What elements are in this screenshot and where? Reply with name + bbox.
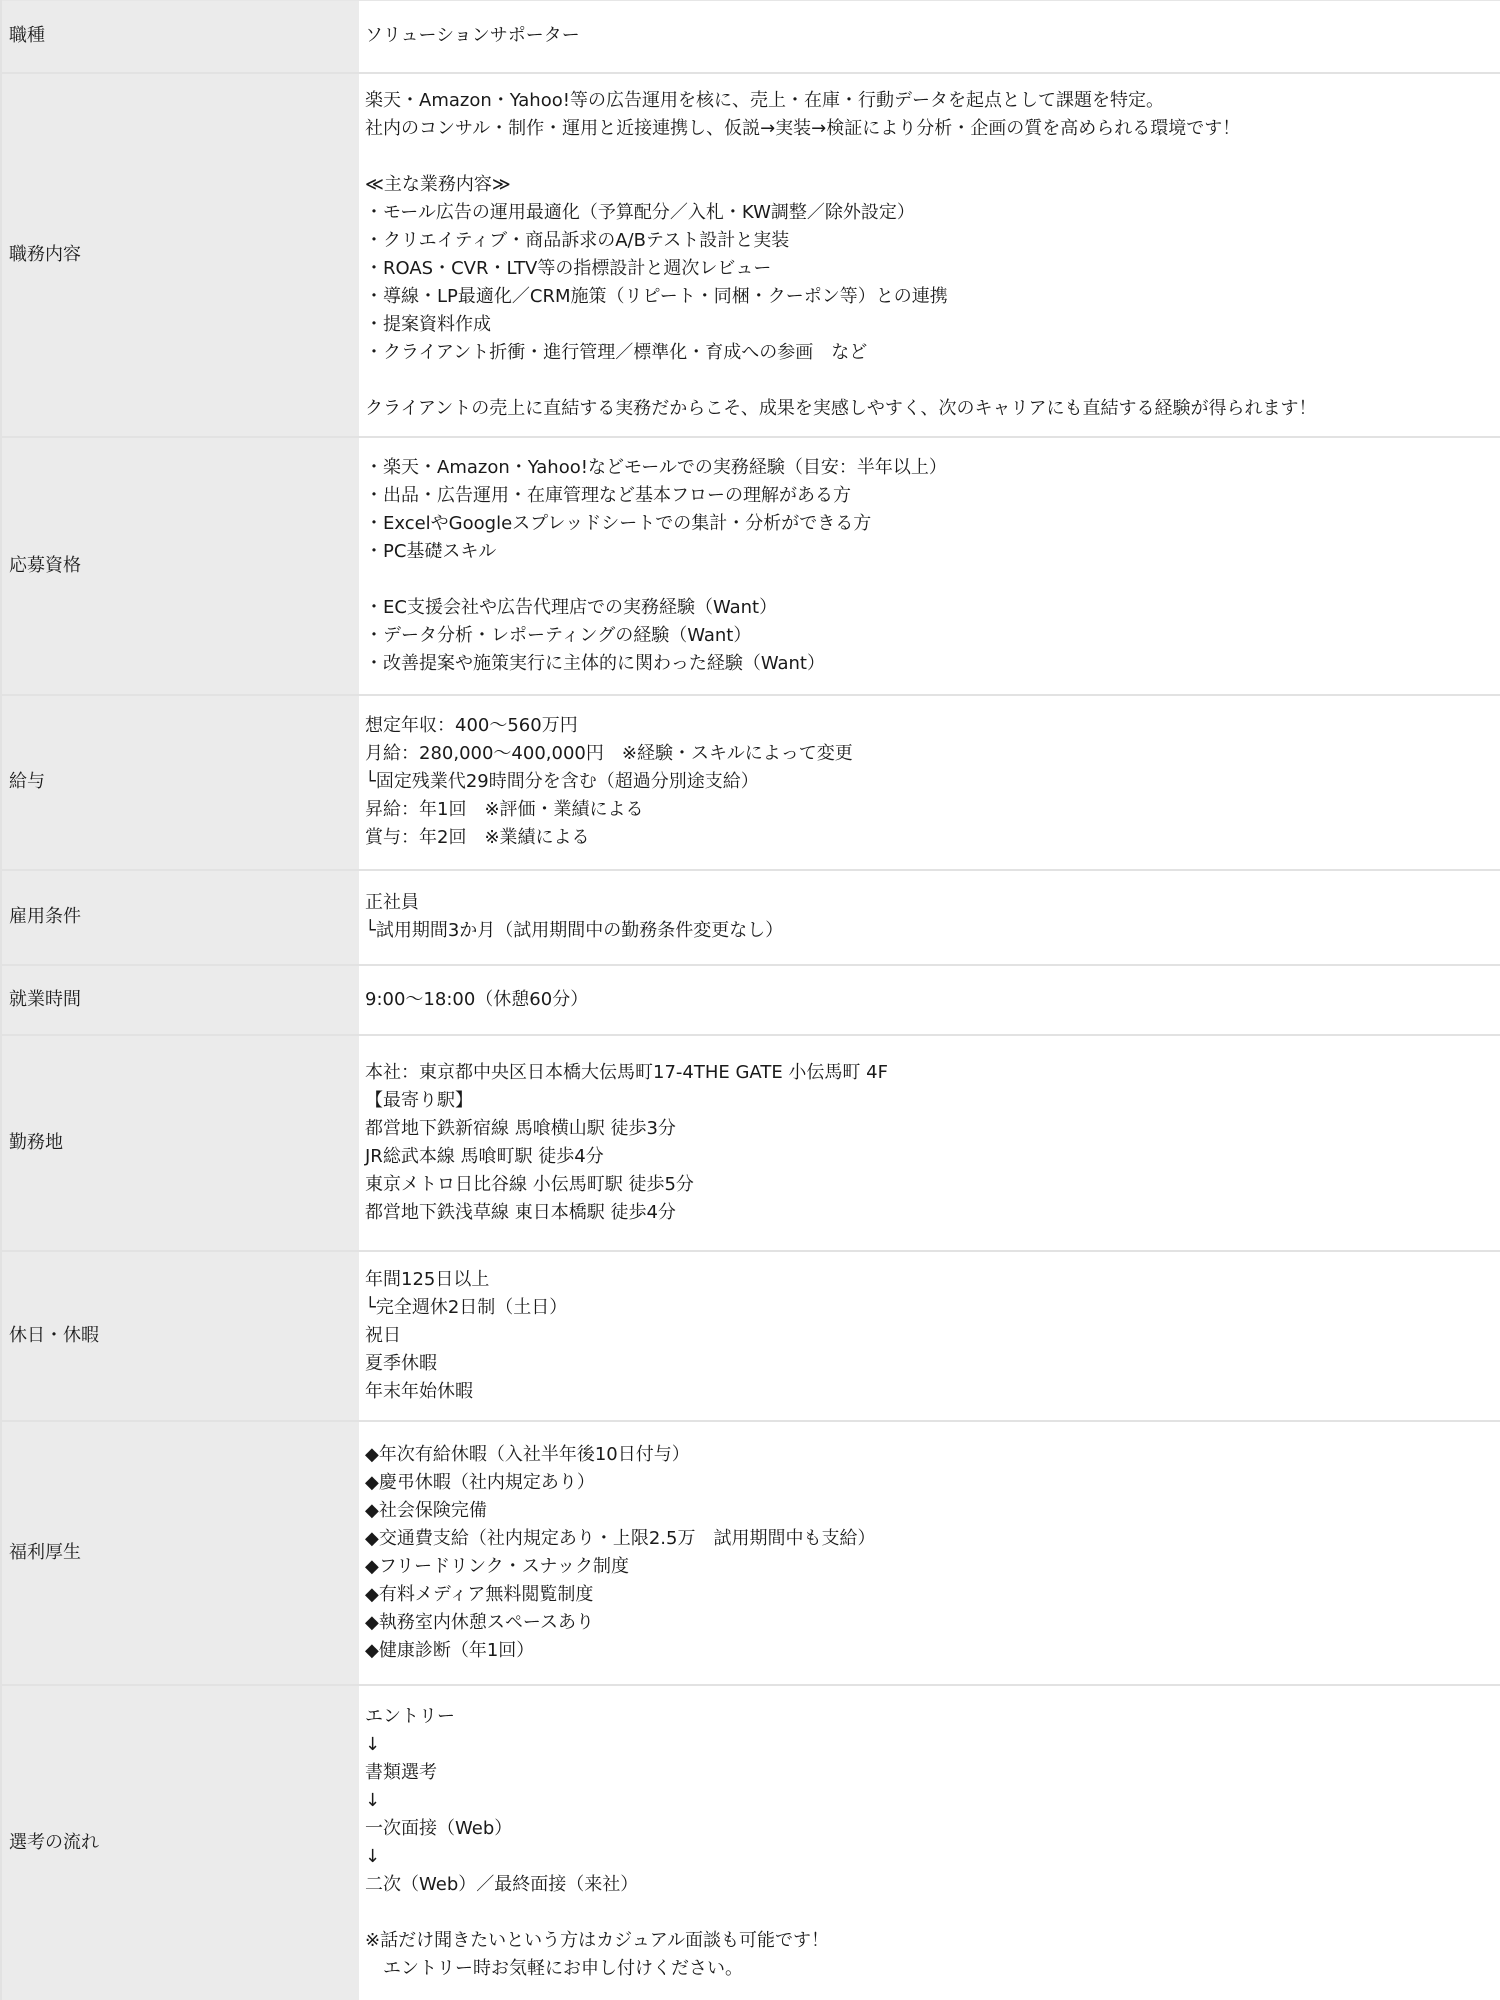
value-line: ・楽天・Amazon・Yahoo!などモールでの実務経験（目安：半年以上） xyxy=(365,454,1492,482)
table-row-salary: 給与 想定年収：400〜560万円月給：280,000〜400,000円 ※経験… xyxy=(1,695,1500,870)
value-line: ・ExcelやGoogleスプレッドシートでの集計・分析ができる方 xyxy=(365,510,1492,538)
row-label: 福利厚生 xyxy=(9,1542,81,1563)
table-row-working-hours: 就業時間 9:00〜18:00（休憩60分） xyxy=(1,965,1500,1035)
value-line: エントリー xyxy=(365,1703,1492,1731)
row-value-cell: 正社員└試用期間3か月（試用期間中の勤務条件変更なし） xyxy=(359,870,1500,965)
value-line: ◆年次有給休暇（入社半年後10日付与） xyxy=(365,1441,1492,1469)
row-value: 楽天・Amazon・Yahoo!等の広告運用を核に、売上・在庫・行動データを起点… xyxy=(365,87,1492,423)
value-line: 月給：280,000〜400,000円 ※経験・スキルによって変更 xyxy=(365,740,1492,768)
row-label-cell: 福利厚生 xyxy=(1,1421,359,1685)
value-line: ・PC基礎スキル xyxy=(365,538,1492,566)
row-label: 給与 xyxy=(9,771,45,792)
value-line: ◆執務室内休憩スペースあり xyxy=(365,1609,1492,1637)
table-row-job-title: 職種 ソリューションサポーター xyxy=(1,1,1500,73)
value-line: ・提案資料作成 xyxy=(365,311,1492,339)
row-label-cell: 給与 xyxy=(1,695,359,870)
value-line: 社内のコンサル・制作・運用と近接連携し、仮説→実装→検証により分析・企画の質を高… xyxy=(365,115,1492,143)
row-value: エントリー↓書類選考↓一次面接（Web）↓二次（Web）／最終面接（来社） ※話… xyxy=(365,1703,1492,1983)
row-value-cell: エントリー↓書類選考↓一次面接（Web）↓二次（Web）／最終面接（来社） ※話… xyxy=(359,1685,1500,2000)
job-details-body: 職種 ソリューションサポーター 職務内容 楽天・Amazon・Yahoo!等の広… xyxy=(1,1,1500,2000)
row-label-cell: 勤務地 xyxy=(1,1035,359,1251)
value-line: ・改善提案や施策実行に主体的に関わった経験（Want） xyxy=(365,650,1492,678)
row-label: 職務内容 xyxy=(9,244,81,265)
row-value: ・楽天・Amazon・Yahoo!などモールでの実務経験（目安：半年以上）・出品… xyxy=(365,454,1492,678)
value-line: クライアントの売上に直結する実務だからこそ、成果を実感しやすく、次のキャリアにも… xyxy=(365,395,1492,423)
value-line xyxy=(365,1899,1492,1927)
row-label-cell: 就業時間 xyxy=(1,965,359,1035)
table-row-holidays: 休日・休暇 年間125日以上└完全週休2日制（土日）祝日夏季休暇年末年始休暇 xyxy=(1,1251,1500,1421)
value-line: ・クリエイティブ・商品訴求のA/Bテスト設計と実装 xyxy=(365,227,1492,255)
value-line: 東京メトロ日比谷線 小伝馬町駅 徒歩5分 xyxy=(365,1171,1492,1199)
row-value: ソリューションサポーター xyxy=(365,22,1492,50)
value-line xyxy=(365,143,1492,171)
value-line: ◆有料メディア無料閲覧制度 xyxy=(365,1581,1492,1609)
value-line: 祝日 xyxy=(365,1322,1492,1350)
value-line: 都営地下鉄新宿線 馬喰横山駅 徒歩3分 xyxy=(365,1115,1492,1143)
value-line: ・導線・LP最適化／CRM施策（リピート・同梱・クーポン等）との連携 xyxy=(365,283,1492,311)
value-line: JR総武本線 馬喰町駅 徒歩4分 xyxy=(365,1143,1492,1171)
row-value: 年間125日以上└完全週休2日制（土日）祝日夏季休暇年末年始休暇 xyxy=(365,1266,1492,1406)
value-line: └試用期間3か月（試用期間中の勤務条件変更なし） xyxy=(365,917,1492,945)
value-line: 都営地下鉄浅草線 東日本橋駅 徒歩4分 xyxy=(365,1199,1492,1227)
row-label: 勤務地 xyxy=(9,1132,63,1153)
row-label: 休日・休暇 xyxy=(9,1325,99,1346)
value-line: 昇給：年1回 ※評価・業績による xyxy=(365,796,1492,824)
row-value-cell: 想定年収：400〜560万円月給：280,000〜400,000円 ※経験・スキ… xyxy=(359,695,1500,870)
value-line: ◆交通費支給（社内規定あり・上限2.5万 試用期間中も支給） xyxy=(365,1525,1492,1553)
row-label-cell: 応募資格 xyxy=(1,437,359,695)
value-line xyxy=(365,367,1492,395)
table-row-requirements: 応募資格 ・楽天・Amazon・Yahoo!などモールでの実務経験（目安：半年以… xyxy=(1,437,1500,695)
value-line: ◆慶弔休暇（社内規定あり） xyxy=(365,1469,1492,1497)
value-line: ◆健康診断（年1回） xyxy=(365,1637,1492,1665)
value-line: 【最寄り駅】 xyxy=(365,1087,1492,1115)
value-line: └完全週休2日制（土日） xyxy=(365,1294,1492,1322)
value-line: 正社員 xyxy=(365,889,1492,917)
value-line: 賞与：年2回 ※業績による xyxy=(365,824,1492,852)
row-value-cell: 年間125日以上└完全週休2日制（土日）祝日夏季休暇年末年始休暇 xyxy=(359,1251,1500,1421)
value-line: ・クライアント折衝・進行管理／標準化・育成への参画 など xyxy=(365,339,1492,367)
value-line: 二次（Web）／最終面接（来社） xyxy=(365,1871,1492,1899)
value-line: ↓ xyxy=(365,1843,1492,1871)
value-line: 想定年収：400〜560万円 xyxy=(365,712,1492,740)
value-line: ・ROAS・CVR・LTV等の指標設計と週次レビュー xyxy=(365,255,1492,283)
row-label: 雇用条件 xyxy=(9,906,81,927)
row-label: 応募資格 xyxy=(9,555,81,576)
value-line: ・EC支援会社や広告代理店での実務経験（Want） xyxy=(365,594,1492,622)
value-line: ※話だけ聞きたいという方はカジュアル面談も可能です！ xyxy=(365,1927,1492,1955)
row-label-cell: 職種 xyxy=(1,1,359,73)
row-label-cell: 職務内容 xyxy=(1,73,359,437)
value-line: 夏季休暇 xyxy=(365,1350,1492,1378)
value-line: 書類選考 xyxy=(365,1759,1492,1787)
row-label: 職種 xyxy=(9,25,45,46)
value-line: ソリューションサポーター xyxy=(365,22,1492,50)
row-value-cell: 9:00〜18:00（休憩60分） xyxy=(359,965,1500,1035)
value-line: ・出品・広告運用・在庫管理など基本フローの理解がある方 xyxy=(365,482,1492,510)
value-line: └固定残業代29時間分を含む（超過分別途支給） xyxy=(365,768,1492,796)
row-value-cell: 楽天・Amazon・Yahoo!等の広告運用を核に、売上・在庫・行動データを起点… xyxy=(359,73,1500,437)
value-line: 年末年始休暇 xyxy=(365,1378,1492,1406)
value-line: ◆社会保険完備 xyxy=(365,1497,1492,1525)
table-row-work-location: 勤務地 本社：東京都中央区日本橋大伝馬町17-4THE GATE 小伝馬町 4F… xyxy=(1,1035,1500,1251)
value-line: 一次面接（Web） xyxy=(365,1815,1492,1843)
row-label: 選考の流れ xyxy=(9,1832,99,1853)
value-line: 本社：東京都中央区日本橋大伝馬町17-4THE GATE 小伝馬町 4F xyxy=(365,1059,1492,1087)
row-value: 正社員└試用期間3か月（試用期間中の勤務条件変更なし） xyxy=(365,889,1492,945)
value-line: ≪主な業務内容≫ xyxy=(365,171,1492,199)
table-row-selection-process: 選考の流れ エントリー↓書類選考↓一次面接（Web）↓二次（Web）／最終面接（… xyxy=(1,1685,1500,2000)
row-value-cell: 本社：東京都中央区日本橋大伝馬町17-4THE GATE 小伝馬町 4F【最寄り… xyxy=(359,1035,1500,1251)
row-value: ◆年次有給休暇（入社半年後10日付与）◆慶弔休暇（社内規定あり）◆社会保険完備◆… xyxy=(365,1441,1492,1665)
table-row-job-description: 職務内容 楽天・Amazon・Yahoo!等の広告運用を核に、売上・在庫・行動デ… xyxy=(1,73,1500,437)
value-line: 9:00〜18:00（休憩60分） xyxy=(365,986,1492,1014)
row-label-cell: 選考の流れ xyxy=(1,1685,359,2000)
row-value-cell: ソリューションサポーター xyxy=(359,1,1500,73)
value-line: エントリー時お気軽にお申し付けください。 xyxy=(365,1955,1492,1983)
value-line: ・モール広告の運用最適化（予算配分／入札・KW調整／除外設定） xyxy=(365,199,1492,227)
value-line: ・データ分析・レポーティングの経験（Want） xyxy=(365,622,1492,650)
value-line: 楽天・Amazon・Yahoo!等の広告運用を核に、売上・在庫・行動データを起点… xyxy=(365,87,1492,115)
job-details-table: 職種 ソリューションサポーター 職務内容 楽天・Amazon・Yahoo!等の広… xyxy=(0,0,1500,2000)
row-label-cell: 雇用条件 xyxy=(1,870,359,965)
value-line: ↓ xyxy=(365,1787,1492,1815)
value-line xyxy=(365,566,1492,594)
value-line: ◆フリードリンク・スナック制度 xyxy=(365,1553,1492,1581)
row-label-cell: 休日・休暇 xyxy=(1,1251,359,1421)
value-line: ↓ xyxy=(365,1731,1492,1759)
table-row-employment-type: 雇用条件 正社員└試用期間3か月（試用期間中の勤務条件変更なし） xyxy=(1,870,1500,965)
row-value: 想定年収：400〜560万円月給：280,000〜400,000円 ※経験・スキ… xyxy=(365,712,1492,852)
table-row-benefits: 福利厚生 ◆年次有給休暇（入社半年後10日付与）◆慶弔休暇（社内規定あり）◆社会… xyxy=(1,1421,1500,1685)
row-label: 就業時間 xyxy=(9,989,81,1010)
row-value-cell: ◆年次有給休暇（入社半年後10日付与）◆慶弔休暇（社内規定あり）◆社会保険完備◆… xyxy=(359,1421,1500,1685)
row-value: 9:00〜18:00（休憩60分） xyxy=(365,986,1492,1014)
row-value-cell: ・楽天・Amazon・Yahoo!などモールでの実務経験（目安：半年以上）・出品… xyxy=(359,437,1500,695)
value-line: 年間125日以上 xyxy=(365,1266,1492,1294)
row-value: 本社：東京都中央区日本橋大伝馬町17-4THE GATE 小伝馬町 4F【最寄り… xyxy=(365,1059,1492,1227)
